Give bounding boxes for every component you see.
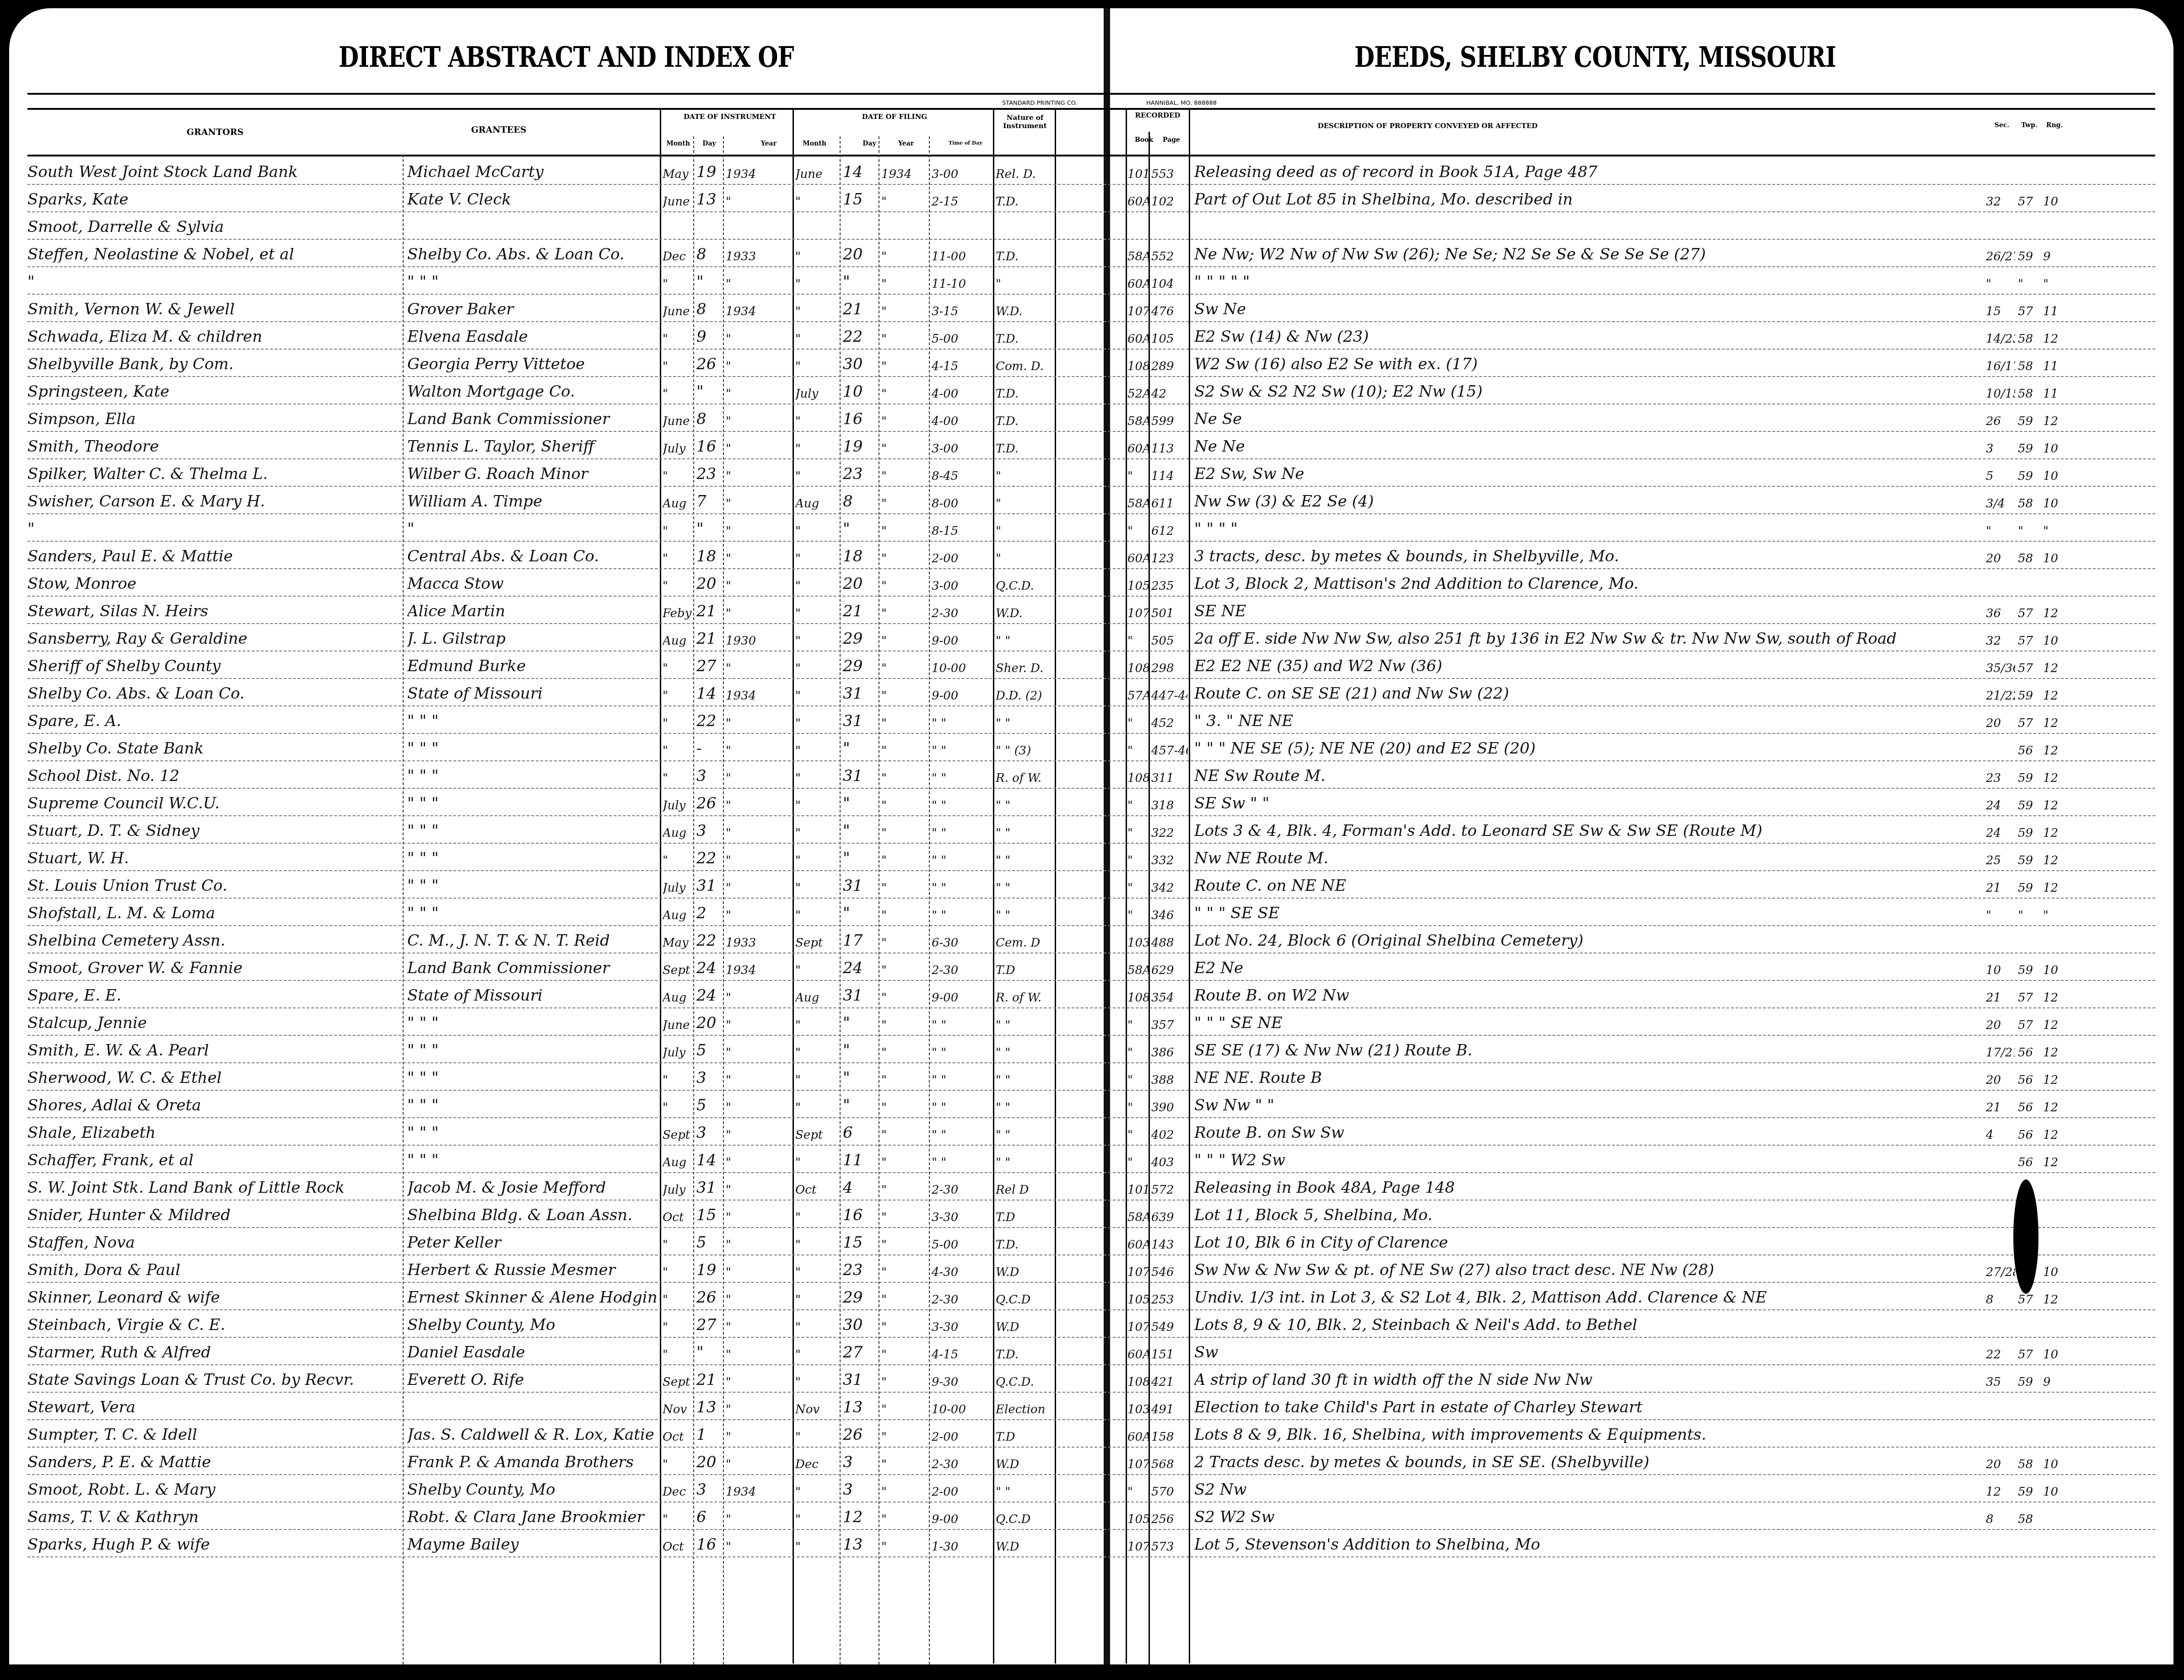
grantor: Stuart, W. H.: [27, 849, 384, 867]
description: SE NE: [1194, 602, 1981, 620]
instrument-day: 3: [696, 822, 722, 840]
description: SE Sw " ": [1194, 794, 1981, 813]
description: " " " ": [1194, 520, 1981, 538]
grantee: Herbert & Russie Mesmer: [407, 1261, 659, 1279]
filing-month: ": [795, 332, 839, 346]
filing-day: 31: [843, 684, 878, 703]
page: 386: [1151, 1046, 1188, 1060]
grantee: " " ": [407, 767, 659, 785]
ledger-entry: Shelbyville Bank, by Com. Georgia Perry …: [9, 351, 2173, 377]
book: 107: [1127, 607, 1149, 620]
range: 12: [2043, 415, 2066, 428]
filing-month: ": [795, 1293, 839, 1307]
grantor: Shelby Co. Abs. & Loan Co.: [27, 684, 384, 703]
page: 552: [1151, 250, 1188, 264]
instrument-month: July: [663, 799, 693, 813]
header-rule: [27, 108, 2155, 110]
ledger-entry: Stuart, W. H. " " " " 22 " " " " " " " "…: [9, 845, 2173, 871]
instrument-month: Dec: [663, 250, 693, 264]
grantor: Shores, Adlai & Oreta: [27, 1096, 384, 1115]
book: 52A: [1127, 387, 1149, 401]
instrument-day: ": [696, 1343, 722, 1362]
filing-month: Oct: [795, 1183, 839, 1197]
instrument-day: 20: [696, 1014, 722, 1032]
row-rule: [27, 623, 2155, 624]
filing-year: ": [881, 1128, 927, 1142]
book: 108: [1127, 771, 1149, 785]
col-i-year: Year: [755, 140, 782, 147]
grantor: Steffen, Neolastine & Nobel, et al: [27, 245, 384, 264]
nature-of-instrument: " ": [996, 909, 1054, 922]
grantor: Smith, Theodore: [27, 437, 384, 456]
nature-of-instrument: ": [996, 524, 1054, 538]
row-rule: [27, 1035, 2155, 1036]
section: 10/15: [1986, 387, 2015, 401]
page: 572: [1151, 1183, 1188, 1197]
ledger-entry: Sanders, P. E. & Mattie Frank P. & Amand…: [9, 1449, 2173, 1475]
range: 12: [2043, 1293, 2066, 1307]
row-rule: [27, 431, 2155, 432]
grantee: Tennis L. Taylor, Sheriff: [407, 437, 659, 456]
grantee: " " ": [407, 1041, 659, 1060]
township: 57: [2018, 662, 2041, 675]
instrument-day: 20: [696, 575, 722, 593]
instrument-day: 18: [696, 547, 722, 565]
township: 58: [2018, 1513, 2041, 1526]
filing-month: ": [795, 881, 839, 895]
grantee: Everett O. Rife: [407, 1371, 659, 1389]
row-rule: [27, 1117, 2155, 1118]
township: 56: [2018, 744, 2041, 758]
filing-month: ": [795, 1513, 839, 1526]
grantee: Alice Martin: [407, 602, 659, 620]
instrument-month: ": [663, 1348, 693, 1362]
filing-year: ": [881, 1485, 927, 1499]
row-rule: [27, 184, 2155, 185]
time-of-day: 4-15: [932, 1348, 992, 1362]
book: 107: [1127, 1320, 1149, 1334]
book: 58A: [1127, 497, 1149, 511]
page: 488: [1151, 936, 1188, 950]
instrument-day: 19: [696, 163, 722, 181]
nature-of-instrument: Q.C.D.: [996, 1375, 1054, 1389]
col-f-month: Month: [796, 140, 833, 147]
page: 505: [1151, 634, 1188, 648]
filing-day: 6: [843, 1124, 878, 1142]
township: 59: [2018, 964, 2041, 977]
instrument-day: ": [696, 273, 722, 291]
time-of-day: " ": [932, 1018, 992, 1032]
page: 612: [1151, 524, 1188, 538]
ledger-entry: Shale, Elizabeth " " " Sept 3 " Sept 6 "…: [9, 1120, 2173, 1146]
grantee: Walton Mortgage Co.: [407, 382, 659, 401]
row-rule: [27, 239, 2155, 240]
instrument-day: 26: [696, 355, 722, 373]
grantor: Schwada, Eliza M. & children: [27, 328, 384, 346]
book: 58A: [1127, 1211, 1149, 1224]
grantee: Grover Baker: [407, 300, 659, 318]
township: 57: [2018, 1293, 2041, 1307]
page: 570: [1151, 1485, 1188, 1499]
grantee: Jacob M. & Josie Mefford: [407, 1179, 659, 1197]
ledger-entry: Shelbina Cemetery Assn. C. M., J. N. T. …: [9, 928, 2173, 953]
grantor: Schaffer, Frank, et al: [27, 1151, 384, 1169]
nature-of-instrument: W.D.: [996, 607, 1054, 620]
filing-day: 21: [843, 300, 878, 318]
book: 108: [1127, 360, 1149, 373]
filing-year: ": [881, 1018, 927, 1032]
book: 105: [1127, 1293, 1149, 1307]
instrument-year: 1934: [726, 305, 790, 318]
section: 27/28: [1986, 1265, 2015, 1279]
instrument-month: Feby: [663, 607, 693, 620]
township: 58: [2018, 552, 2041, 565]
filing-year: ": [881, 991, 927, 1005]
page: 568: [1151, 1458, 1188, 1471]
instrument-year: ": [726, 1046, 790, 1060]
row-rule: [27, 980, 2155, 981]
filing-year: ": [881, 1238, 927, 1252]
filing-year: ": [881, 360, 927, 373]
filing-year: ": [881, 524, 927, 538]
col-nature: Nature of Instrument: [998, 113, 1052, 130]
instrument-month: ": [663, 771, 693, 785]
nature-of-instrument: Q.C.D.: [996, 579, 1054, 593]
book: 60A: [1127, 195, 1149, 209]
book: 108: [1127, 991, 1149, 1005]
section: 3/4: [1986, 497, 2015, 511]
section: 8: [1986, 1293, 2015, 1307]
section: 15: [1986, 305, 2015, 318]
range: 9: [2043, 1375, 2066, 1389]
grantor: Stuart, D. T. & Sidney: [27, 822, 384, 840]
grantor: Supreme Council W.C.U.: [27, 794, 384, 813]
section: ": [1986, 524, 2015, 538]
filing-month: ": [795, 277, 839, 291]
time-of-day: 2-15: [932, 195, 992, 209]
section: 32: [1986, 195, 2015, 209]
instrument-year: ": [726, 1018, 790, 1032]
grantee: C. M., J. N. T. & N. T. Reid: [407, 932, 659, 950]
filing-year: ": [881, 744, 927, 758]
nature-of-instrument: W.D: [996, 1320, 1054, 1334]
time-of-day: 9-00: [932, 689, 992, 703]
filing-month: ": [795, 360, 839, 373]
ledger-entry: Schwada, Eliza M. & children Elvena Easd…: [9, 324, 2173, 350]
nature-of-instrument: Sher. D.: [996, 662, 1054, 675]
header-rule-bottom: [27, 155, 2155, 156]
range: 12: [2043, 1073, 2066, 1087]
ledger-entry: Shores, Adlai & Oreta " " " " 5 " " " " …: [9, 1093, 2173, 1118]
filing-month: ": [795, 1348, 839, 1362]
range: 12: [2043, 1128, 2066, 1142]
section: 26/27: [1986, 250, 2015, 264]
township: 59: [2018, 442, 2041, 456]
row-rule: [27, 1227, 2155, 1228]
row-rule: [27, 1419, 2155, 1420]
row-rule: [27, 458, 2155, 459]
instrument-month: ": [663, 854, 693, 867]
row-rule: [27, 1364, 2155, 1365]
nature-of-instrument: Election: [996, 1403, 1054, 1416]
grantor: Sanders, Paul E. & Mattie: [27, 547, 384, 565]
nature-of-instrument: T.D: [996, 1430, 1054, 1444]
grantee: Land Bank Commissioner: [407, 410, 659, 428]
time-of-day: 4-00: [932, 387, 992, 401]
instrument-year: ": [726, 1156, 790, 1169]
ledger-entry: Smith, Theodore Tennis L. Taylor, Sherif…: [9, 434, 2173, 459]
range: 11: [2043, 387, 2066, 401]
nature-of-instrument: " ": [996, 1073, 1054, 1087]
page: 318: [1151, 799, 1188, 813]
page: 357: [1151, 1018, 1188, 1032]
nature-of-instrument: T.D.: [996, 1238, 1054, 1252]
filing-day: 29: [843, 630, 878, 648]
section: ": [1986, 277, 2015, 291]
instrument-year: ": [726, 991, 790, 1005]
filing-day: 16: [843, 1206, 878, 1224]
filing-day: ": [843, 273, 878, 291]
filing-month: ": [795, 250, 839, 264]
col-i-month: Month: [664, 140, 692, 147]
instrument-day: 5: [696, 1233, 722, 1252]
row-rule: [27, 513, 2155, 514]
instrument-day: 8: [696, 410, 722, 428]
range: 10: [2043, 964, 2066, 977]
grantee: Kate V. Cleck: [407, 190, 659, 209]
filing-month: ": [795, 662, 839, 675]
instrument-year: ": [726, 360, 790, 373]
filing-month: ": [795, 1485, 839, 1499]
row-rule: [27, 788, 2155, 789]
instrument-month: ": [663, 716, 693, 730]
description: Election to take Child's Part in estate …: [1194, 1398, 1981, 1416]
filing-day: 20: [843, 575, 878, 593]
grantee: " " ": [407, 794, 659, 813]
grantor: Sanders, P. E. & Mattie: [27, 1453, 384, 1471]
nature-of-instrument: Q.C.D: [996, 1293, 1054, 1307]
range: 10: [2043, 497, 2066, 511]
ledger-entry: Smoot, Grover W. & Fannie Land Bank Comm…: [9, 955, 2173, 981]
time-of-day: " ": [932, 1156, 992, 1169]
grantor: S. W. Joint Stk. Land Bank of Little Roc…: [27, 1179, 384, 1197]
description: Lot 11, Block 5, Shelbina, Mo.: [1194, 1206, 1981, 1224]
description: Sw: [1194, 1343, 1981, 1362]
filing-day: 19: [843, 437, 878, 456]
instrument-year: 1934: [726, 1485, 790, 1499]
filing-month: ": [795, 524, 839, 538]
section: 23: [1986, 771, 2015, 785]
instrument-month: July: [663, 881, 693, 895]
page: 491: [1151, 1403, 1188, 1416]
page: 253: [1151, 1293, 1188, 1307]
filing-year: ": [881, 662, 927, 675]
row-rule: [27, 843, 2155, 844]
ledger-page: DIRECT ABSTRACT AND INDEX OF DEEDS, SHEL…: [9, 8, 2173, 1664]
book: 101: [1127, 1183, 1149, 1197]
range: ": [2043, 524, 2066, 538]
col-f-year: Year: [892, 140, 920, 147]
row-rule: [27, 1255, 2155, 1255]
instrument-year: ": [726, 1211, 790, 1224]
range: 12: [2043, 662, 2066, 675]
book: ": [1127, 1485, 1149, 1499]
instrument-month: Oct: [663, 1430, 693, 1444]
filing-year: ": [881, 964, 927, 977]
instrument-day: 3: [696, 1481, 722, 1499]
filing-year: ": [881, 579, 927, 593]
description: Lot 3, Block 2, Mattison's 2nd Addition …: [1194, 575, 1981, 593]
page: 390: [1151, 1101, 1188, 1115]
nature-of-instrument: " ": [996, 1101, 1054, 1115]
instrument-month: June: [663, 195, 693, 209]
range: ": [2043, 277, 2066, 291]
filing-day: ": [843, 739, 878, 758]
row-rule: [27, 1502, 2155, 1502]
grantor: Stow, Monroe: [27, 575, 384, 593]
nature-of-instrument: W.D: [996, 1458, 1054, 1471]
instrument-month: Oct: [663, 1211, 693, 1224]
grantee: Central Abs. & Loan Co.: [407, 547, 659, 565]
row-rule: [27, 925, 2155, 926]
range: 12: [2043, 332, 2066, 346]
section: 21: [1986, 881, 2015, 895]
filing-month: ": [795, 744, 839, 758]
grantor: Staffen, Nova: [27, 1233, 384, 1252]
filing-month: ": [795, 1156, 839, 1169]
book: ": [1127, 1073, 1149, 1087]
instrument-year: ": [726, 662, 790, 675]
description: Lot 5, Stevenson's Addition to Shelbina,…: [1194, 1535, 1981, 1554]
filing-day: 22: [843, 328, 878, 346]
nature-of-instrument: W.D: [996, 1265, 1054, 1279]
range: 10: [2043, 442, 2066, 456]
filing-year: ": [881, 634, 927, 648]
nature-of-instrument: " ": [996, 854, 1054, 867]
filing-year: ": [881, 1375, 927, 1389]
instrument-year: ": [726, 497, 790, 511]
grantor: Spare, E. E.: [27, 986, 384, 1005]
description: " " " " ": [1194, 273, 1981, 291]
instrument-year: 1930: [726, 634, 790, 648]
grantee: Robt. & Clara Jane Brookmier: [407, 1508, 659, 1526]
page: 611: [1151, 497, 1188, 511]
time-of-day: " ": [932, 771, 992, 785]
filing-day: 16: [843, 410, 878, 428]
filing-month: ": [795, 195, 839, 209]
ledger-entry: Skinner, Leonard & wife Ernest Skinner &…: [9, 1285, 2173, 1310]
header-rule: [27, 93, 2155, 95]
filing-year: ": [881, 1430, 927, 1444]
instrument-year: ": [726, 1540, 790, 1554]
grantor: St. Louis Union Trust Co.: [27, 877, 384, 895]
row-rule: [27, 1447, 2155, 1448]
ledger-entry: Steinbach, Virgie & C. E. Shelby County,…: [9, 1312, 2173, 1338]
book: ": [1127, 469, 1149, 483]
nature-of-instrument: Rel. D.: [996, 167, 1054, 181]
filing-day: 15: [843, 190, 878, 209]
section: 20: [1986, 552, 2015, 565]
filing-year: ": [881, 1513, 927, 1526]
nature-of-instrument: " ": [996, 1156, 1054, 1169]
grantee: " " ": [407, 1014, 659, 1032]
filing-year: ": [881, 826, 927, 840]
time-of-day: " ": [932, 826, 992, 840]
page: 546: [1151, 1265, 1188, 1279]
grantee: " " ": [407, 273, 659, 291]
range: 12: [2043, 1101, 2066, 1115]
instrument-year: ": [726, 771, 790, 785]
ledger-entry: Schaffer, Frank, et al " " " Aug 14 " " …: [9, 1147, 2173, 1173]
ledger-entry: Smoot, Robt. L. & Mary Shelby County, Mo…: [9, 1477, 2173, 1502]
row-rule: [27, 541, 2155, 542]
filing-day: 29: [843, 657, 878, 675]
nature-of-instrument: " ": [996, 1485, 1054, 1499]
filing-year: ": [881, 277, 927, 291]
range: 12: [2043, 689, 2066, 703]
range: 9: [2043, 250, 2066, 264]
filing-month: ": [795, 1211, 839, 1224]
description: E2 Sw (14) & Nw (23): [1194, 328, 1981, 346]
township: 59: [2018, 469, 2041, 483]
book: ": [1127, 799, 1149, 813]
grantor: Sheriff of Shelby County: [27, 657, 384, 675]
instrument-year: 1934: [726, 689, 790, 703]
description: Ne Nw; W2 Nw of Nw Sw (26); Ne Se; N2 Se…: [1194, 245, 1981, 264]
filing-day: 24: [843, 959, 878, 977]
time-of-day: 5-00: [932, 332, 992, 346]
grantor: Sparks, Hugh P. & wife: [27, 1535, 384, 1554]
grantor: Sherwood, W. C. & Ethel: [27, 1069, 384, 1087]
instrument-day: 20: [696, 1453, 722, 1471]
filing-year: ": [881, 881, 927, 895]
description: Lot No. 24, Block 6 (Original Shelbina C…: [1194, 932, 1981, 950]
filing-year: ": [881, 497, 927, 511]
instrument-day: 5: [696, 1041, 722, 1060]
row-rule: [27, 1529, 2155, 1530]
row-rule: [27, 953, 2155, 953]
range: 12: [2043, 1156, 2066, 1169]
range: 10: [2043, 1458, 2066, 1471]
filing-day: 31: [843, 712, 878, 730]
time-of-day: 10-00: [932, 1403, 992, 1416]
instrument-day: 22: [696, 932, 722, 950]
grantor: ": [27, 273, 384, 291]
instrument-year: ": [726, 1320, 790, 1334]
filing-day: 18: [843, 547, 878, 565]
filing-year: ": [881, 799, 927, 813]
filing-month: Dec: [795, 1458, 839, 1471]
filing-year: ": [881, 387, 927, 401]
nature-of-instrument: R. of W.: [996, 991, 1054, 1005]
township: 56: [2018, 1128, 2041, 1142]
grantor: Stalcup, Jennie: [27, 1014, 384, 1032]
time-of-day: 9-00: [932, 1513, 992, 1526]
grantor: Swisher, Carson E. & Mary H.: [27, 492, 384, 511]
range: 10: [2043, 1485, 2066, 1499]
instrument-day: 2: [696, 904, 722, 922]
township: 58: [2018, 387, 2041, 401]
range: 12: [2043, 771, 2066, 785]
filing-day: 14: [843, 163, 878, 181]
book: 58A: [1127, 964, 1149, 977]
description: Route C. on NE NE: [1194, 877, 1981, 895]
ledger-entry: Shelby Co. State Bank " " " " - " " " " …: [9, 736, 2173, 761]
time-of-day: " ": [932, 744, 992, 758]
time-of-day: 11-00: [932, 250, 992, 264]
time-of-day: 8-00: [932, 497, 992, 511]
nature-of-instrument: D.D. (2): [996, 689, 1054, 703]
